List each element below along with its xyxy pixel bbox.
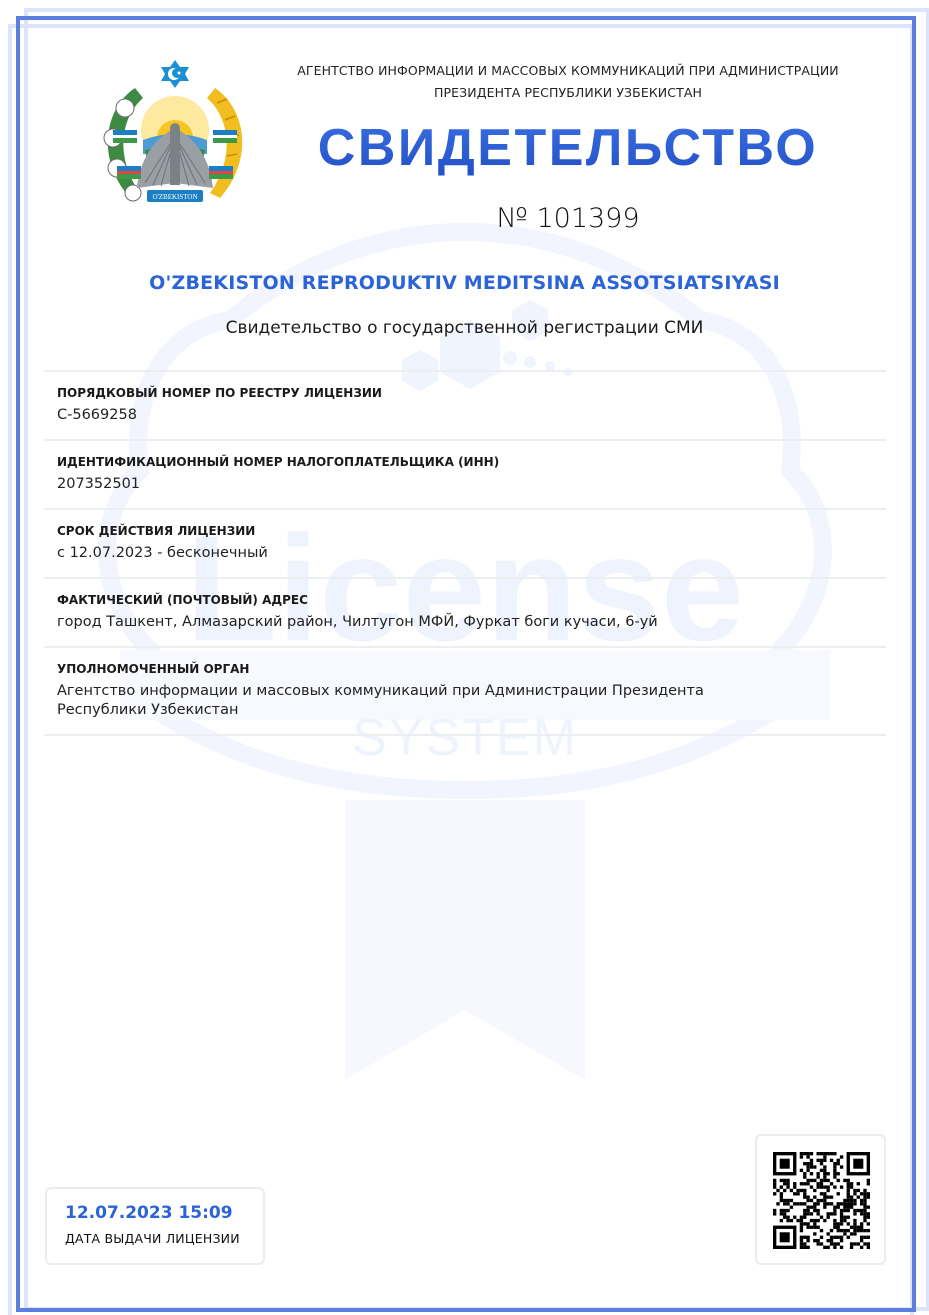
field-validity-period: СРОК ДЕЙСТВИЯ ЛИЦЕНЗИИ с 12.07.2023 - бе… [44, 508, 886, 577]
field-registry-number: ПОРЯДКОВЫЙ НОМЕР ПО РЕЕСТРУ ЛИЦЕНЗИИ C-5… [44, 370, 886, 439]
field-label: УПОЛНОМОЧЕННЫЙ ОРГАН [57, 660, 873, 678]
issue-date-card: 12.07.2023 15:09 ДАТА ВЫДАЧИ ЛИЦЕНЗИИ [45, 1187, 265, 1265]
agency-line-2: ПРЕЗИДЕНТА РЕСПУБЛИКИ УЗБЕКИСТАН [262, 82, 874, 104]
issue-date-label: ДАТА ВЫДАЧИ ЛИЦЕНЗИИ [65, 1231, 263, 1246]
field-label: ФАКТИЧЕСКИЙ (ПОЧТОВЫЙ) АДРЕС [57, 591, 873, 609]
field-value: C-5669258 [57, 406, 873, 425]
field-value: 207352501 [57, 475, 873, 494]
qr-code-card[interactable] [755, 1134, 886, 1265]
certificate-subtitle: Свидетельство о государственной регистра… [0, 318, 929, 338]
qr-code-icon[interactable] [773, 1152, 870, 1249]
state-emblem-icon: O'ZBEKISTON [95, 58, 255, 218]
field-value: с 12.07.2023 - бесконечный [57, 544, 873, 563]
field-label: ИДЕНТИФИКАЦИОННЫЙ НОМЕР НАЛОГОПЛАТЕЛЬЩИК… [57, 453, 873, 471]
certificate-fields: ПОРЯДКОВЫЙ НОМЕР ПО РЕЕСТРУ ЛИЦЕНЗИИ C-5… [44, 370, 886, 736]
certificate: O'ZBEKISTON АГЕНТСТВО ИНФОРМАЦИИ И МАССО… [0, 0, 929, 1315]
field-value: Агентство информации и массовых коммуник… [57, 682, 777, 720]
organization-name: O'ZBEKISTON REPRODUKTIV MEDITSINA ASSOTS… [0, 272, 929, 294]
document-title: СВИДЕТЕЛЬСТВО [262, 118, 874, 178]
field-postal-address: ФАКТИЧЕСКИЙ (ПОЧТОВЫЙ) АДРЕС город Ташке… [44, 577, 886, 646]
issuing-agency: АГЕНТСТВО ИНФОРМАЦИИ И МАССОВЫХ КОММУНИК… [262, 60, 874, 104]
field-label: ПОРЯДКОВЫЙ НОМЕР ПО РЕЕСТРУ ЛИЦЕНЗИИ [57, 384, 873, 402]
agency-line-1: АГЕНТСТВО ИНФОРМАЦИИ И МАССОВЫХ КОММУНИК… [262, 60, 874, 82]
field-tax-id: ИДЕНТИФИКАЦИОННЫЙ НОМЕР НАЛОГОПЛАТЕЛЬЩИК… [44, 439, 886, 508]
field-authorized-body: УПОЛНОМОЧЕННЫЙ ОРГАН Агентство информаци… [44, 646, 886, 736]
field-label: СРОК ДЕЙСТВИЯ ЛИЦЕНЗИИ [57, 522, 873, 540]
emblem-ribbon-text: O'ZBEKISTON [152, 193, 197, 201]
field-value: город Ташкент, Алмазарский район, Чилтуг… [57, 613, 873, 632]
certificate-number: № 101399 [262, 203, 874, 234]
issue-date: 12.07.2023 15:09 [65, 1203, 263, 1223]
